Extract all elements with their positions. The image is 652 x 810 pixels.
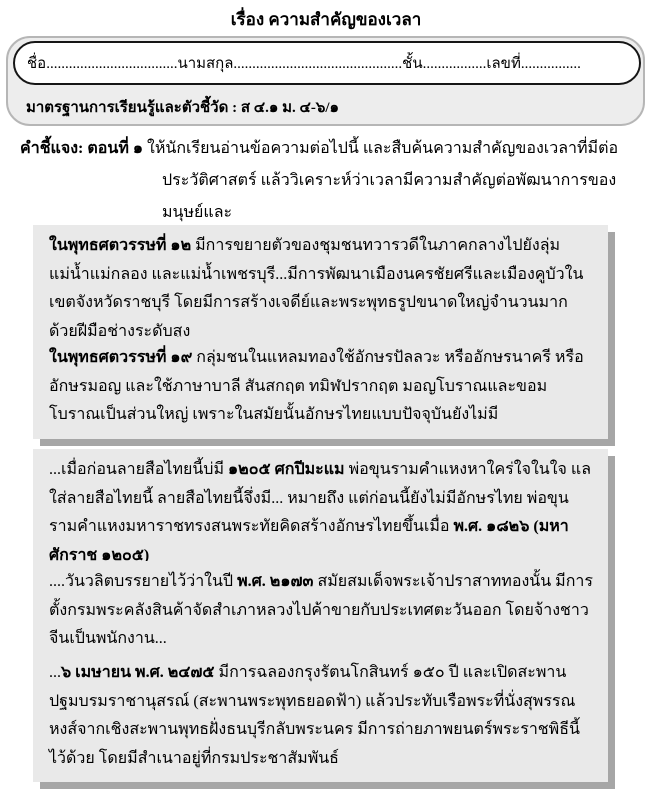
passage-4-text: ....วันวลิตบรรยายไว้ว่าในปี พ.ศ. ๒๑๗๓ สม… — [49, 568, 594, 654]
passage-1-text: ในพุทธศตวรรษที่ ๑๒ มีการขยายตัวของชุมชนท… — [49, 232, 594, 346]
student-name-line: ชื่อ...................................น… — [13, 41, 641, 85]
passage-2-text: ในพุทธศตวรรษที่ ๑๙ กลุ่มชนในแหลมทองใช้อั… — [49, 344, 594, 430]
passage-box-5: ...๖ เมษายน พ.ศ. ๒๔๗๕ มีการฉลองกรุงรัตนโ… — [33, 652, 608, 782]
instructions-line-1: คำชี้แจง: ตอนที่ ๑ ให้นักเรียนอ่านข้อควา… — [20, 133, 642, 165]
passage-box-2: ในพุทธศตวรรษที่ ๑๙ กลุ่มชนในแหลมทองใช้อั… — [33, 337, 608, 439]
passage-box-4: ....วันวลิตบรรยายไว้ว่าในปี พ.ศ. ๒๑๗๓ สม… — [33, 561, 608, 663]
instructions-label: คำชี้แจง: ตอนที่ ๑ — [20, 140, 143, 157]
instructions-line-2: ประวัติศาสตร์ แล้ววิเคราะห์ว่าเวลามีความ… — [20, 165, 642, 229]
name-line-text: ชื่อ...................................น… — [27, 51, 581, 75]
passage-3-text: ...เมื่อก่อนลายสือไทยนี้บ่มี ๑๒๐๕ ศกปีมะ… — [49, 456, 594, 570]
learning-standard-line: มาตรฐานการเรียนรู้และตัวชี้วัด : ส ๔.๑ ม… — [26, 95, 339, 119]
passage-box-1: ในพุทธศตวรรษที่ ๑๒ มีการขยายตัวของชุมชนท… — [33, 225, 608, 355]
page-title: เรื่อง ความสำคัญของเวลา — [0, 6, 652, 33]
instructions-line-1-text: ให้นักเรียนอ่านข้อความต่อไปนี้ และสืบค้น… — [143, 140, 618, 157]
header-info-box: ชื่อ...................................น… — [6, 36, 645, 126]
passage-box-3: ...เมื่อก่อนลายสือไทยนี้บ่มี ๑๒๐๕ ศกปีมะ… — [33, 449, 608, 579]
passage-5-text: ...๖ เมษายน พ.ศ. ๒๔๗๕ มีการฉลองกรุงรัตนโ… — [49, 659, 594, 773]
